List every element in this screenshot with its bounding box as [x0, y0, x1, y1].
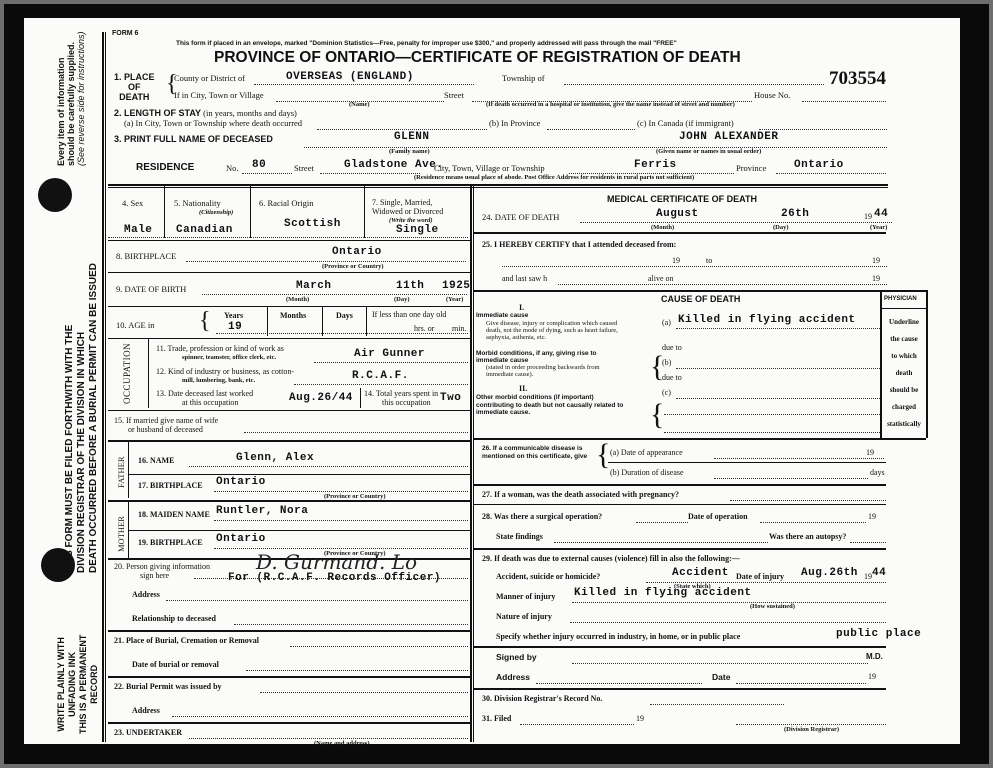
hrs-label: hrs. or [414, 324, 434, 333]
residence-city-value: Ferris [634, 159, 677, 171]
label-text: 2. LENGTH OF STAY [114, 108, 201, 118]
accident-type-label: Accident, suicide or homicide? [496, 572, 600, 581]
years-label: Years [224, 311, 243, 320]
nationality-value: Canadian [176, 224, 233, 236]
caption: (How sustained) [750, 603, 795, 610]
due-to-label: due to [662, 343, 682, 352]
to-label: to [706, 256, 712, 265]
q26-label: 26. If a communicable disease is mention… [482, 445, 600, 461]
margin-text: DIVISION REGISTRAR OF THE DIVISION IN WH… [76, 263, 88, 573]
q19-label: 19. BIRTHPLACE [138, 538, 203, 547]
informant-for-value: For (R.C.A.F. Records Officer) [228, 572, 441, 584]
signed-by-label: Signed by [496, 652, 537, 662]
section-ii-label: II. [519, 384, 527, 393]
label-text: charged [882, 399, 926, 416]
caption: (Province or Country) [322, 263, 384, 270]
house-label: House No. [754, 90, 790, 100]
caption: (Year) [870, 224, 887, 231]
county-value: OVERSEAS (ENGLAND) [286, 71, 414, 83]
caption: (Division Registrar) [784, 726, 839, 733]
family-name-value: GLENN [394, 131, 430, 143]
injury-place-value: public place [836, 628, 921, 640]
length-of-stay-label: 2. LENGTH OF STAY (in years, months and … [114, 108, 297, 118]
q11-label: 11. Trade, profession or kind of work as… [156, 344, 284, 362]
divider [108, 187, 888, 188]
column-divider [470, 186, 472, 742]
mailing-note: This form if placed in an envelope, mark… [176, 40, 677, 47]
dob-label: 9. DATE OF BIRTH [116, 284, 186, 294]
q25-label: 25. I HEREBY CERTIFY that I attended dec… [482, 240, 676, 249]
injury-year-value: 44 [872, 567, 886, 579]
immediate-cause-label: Immediate cause [476, 312, 528, 319]
q14-label: 14. Total years spent in this occupation [364, 389, 438, 407]
informant-signature: D. Gurmand. Lo [256, 550, 417, 574]
q14-value: Two [440, 392, 461, 404]
age-label: 10. AGE in [116, 320, 155, 330]
physician-note: Underline the cause to which death shoul… [882, 314, 926, 433]
mother-maiden-name-value: Runtler, Nora [216, 505, 308, 517]
form-number: FORM 6 [112, 30, 138, 37]
mother-birthplace-value: Ontario [216, 533, 266, 545]
injury-date-value: Aug.26th [801, 567, 858, 579]
q29-label: 29. If death was due to external causes … [482, 554, 740, 563]
immediate-cause-desc: Give disease, injury or complication whi… [486, 320, 626, 341]
relationship-label: Relationship to deceased [132, 614, 216, 623]
q12-value: R.C.A.F. [352, 370, 409, 382]
sex-label: 4. Sex [122, 198, 143, 208]
margin-note-middle: THIS FORM MUST BE FILED FORTHWITH WITH T… [64, 263, 100, 573]
caption: (Family name) [389, 148, 430, 155]
nationality-label: 5. Nationality [174, 198, 221, 208]
date-of-appearance-label: (a) Date of appearance [610, 448, 683, 457]
death-month-value: August [656, 208, 699, 220]
state-findings-label: State findings [496, 532, 543, 541]
caption: (Name) [349, 101, 370, 108]
q13-value: Aug.26/44 [289, 392, 353, 404]
cause-b-label: (b) [662, 358, 671, 367]
margin-text: THIS IS A PERMANENT [78, 635, 89, 734]
q30-label: 30. Division Registrar's Record No. [482, 694, 602, 703]
injury-place-label: Specify whether injury occurred in indus… [496, 632, 740, 641]
informant-address-label: Address [132, 590, 160, 599]
cause-c-label: (c) [662, 388, 671, 397]
q23-label: 23. UNDERTAKER [114, 728, 182, 737]
cause-of-death-header: CAUSE OF DEATH [661, 294, 740, 304]
label-text: mill, lumbering, bank, etc. [156, 376, 294, 385]
certificate-title: PROVINCE OF ONTARIO—CERTIFICATE OF REGIS… [214, 49, 741, 67]
death-year-value: 44 [874, 208, 888, 220]
margin-text: RECORD [89, 635, 100, 734]
birthplace-value: Ontario [332, 246, 382, 258]
operation-date-label: Date of operation [688, 512, 748, 521]
brace: { [650, 400, 664, 430]
label-text: Underline [882, 314, 926, 331]
caption: (Month) [651, 224, 674, 231]
last-saw-label: and last saw h [502, 274, 547, 283]
column-divider [473, 186, 474, 742]
morbid-conditions-desc: (stated in order proceeding backwards fr… [486, 364, 626, 378]
margin-rule [102, 32, 104, 742]
residence-street-label: Street [294, 163, 314, 173]
residence-label: RESIDENCE [136, 162, 194, 173]
margin-text: Every item of information [56, 31, 66, 166]
city-label: If in City, Town or Village [174, 90, 264, 100]
residence-street-value: Gladstone Ave. [344, 159, 443, 171]
caption: (Citizenship) [199, 209, 233, 216]
medical-certificate-header: MEDICAL CERTIFICATE OF DEATH [607, 194, 757, 204]
morbid-conditions-label: Morbid conditions, if any, giving rise t… [476, 350, 626, 364]
days-label: Days [336, 311, 353, 320]
label-text: 11. Trade, profession or kind of work as [156, 344, 284, 353]
autopsy-label: Was there an autopsy? [769, 532, 846, 541]
dob-month-value: March [296, 280, 332, 292]
caption: (Day) [773, 224, 789, 231]
caption: (Write the word) [389, 217, 433, 224]
other-conditions-label: Other morbid conditions (if important) c… [476, 394, 626, 417]
certificate-document: Every item of information should be care… [24, 18, 960, 744]
q12-label: 12. Kind of industry or business, as cot… [156, 367, 294, 385]
street-label: Street [444, 90, 464, 100]
place-of-death-label: 1. PLACE OF DEATH [114, 72, 155, 102]
caption: (Day) [394, 296, 410, 303]
label-text: spinner, teamster, office clerk, etc. [156, 353, 284, 362]
q21-label: 21. Place of Burial, Cremation or Remova… [114, 636, 259, 645]
margin-text: (See reverse side for instructions) [76, 31, 86, 166]
margin-text: UNFADING INK [67, 635, 78, 734]
racial-origin-label: 6. Racial Origin [259, 198, 314, 208]
residence-no-label: No. [226, 163, 239, 173]
death-day-value: 26th [781, 208, 809, 220]
margin-text: DEATH OCCURRED BEFORE A BURIAL PERMIT CA… [88, 263, 100, 573]
q16-label: 16. NAME [138, 456, 174, 465]
physician-address-label: Address [496, 672, 530, 682]
label-text: Widowed or Divorced [372, 207, 443, 216]
caption: (Name and address) [314, 740, 370, 747]
label-text: the cause [882, 331, 926, 348]
year-prefix: 19 [872, 256, 880, 265]
accident-type-value: Accident [672, 567, 729, 579]
manner-of-injury-label: Manner of injury [496, 592, 555, 601]
caption: (Year) [446, 296, 463, 303]
q11-value: Air Gunner [354, 348, 425, 360]
stay-city-label: (a) In City, Town or Township where deat… [124, 118, 302, 128]
age-years-value: 19 [228, 321, 242, 333]
margin-text: WRITE PLAINLY WITH [56, 635, 67, 734]
permit-address-label: Address [132, 706, 160, 715]
margin-note-top: Every item of information should be care… [56, 31, 86, 166]
min-label: min. [452, 324, 466, 333]
label-text: death [882, 365, 926, 382]
cause-a-value: Killed in flying accident [678, 314, 856, 326]
year-prefix: 19 [868, 672, 876, 681]
cause-a-label: (a) [662, 318, 671, 327]
stay-province-label: (b) In Province [489, 118, 540, 128]
label-text: this occupation [364, 398, 438, 407]
due-to-label: due to [662, 373, 682, 382]
margin-text: THIS FORM MUST BE FILED FORTHWITH WITH T… [64, 263, 76, 573]
less-than-day-label: If less than one day old [372, 310, 446, 319]
label-text: 20. Person giving information [114, 562, 210, 571]
md-label: M.D. [866, 652, 883, 661]
physician-header: PHYSICIAN [884, 296, 917, 302]
q31-label: 31. Filed [482, 714, 511, 723]
racial-origin-value: Scottish [284, 218, 341, 230]
q18-label: 18. MAIDEN NAME [138, 510, 210, 519]
q17-label: 17. BIRTHPLACE [138, 481, 203, 490]
label-note: (in years, months and days) [203, 108, 297, 118]
duration-of-disease-label: (b) Duration of disease [610, 468, 684, 477]
months-label: Months [280, 311, 306, 320]
caption: (If death occurred in a hospital or inst… [486, 101, 735, 108]
label-text: OF [114, 82, 155, 92]
margin-note-bottom: WRITE PLAINLY WITH UNFADING INK THIS IS … [56, 635, 100, 734]
label-text: 1. PLACE [114, 72, 155, 82]
year-prefix: 19 [672, 256, 680, 265]
label-text: DEATH [114, 92, 155, 102]
brace: { [596, 440, 610, 470]
sex-value: Male [124, 224, 152, 236]
year-prefix: 19 [866, 448, 874, 457]
q13-label: 13. Date deceased last worked at this oc… [156, 389, 253, 407]
deceased-name-label: 3. PRINT FULL NAME OF DECEASED [114, 134, 273, 144]
label-text: statistically [882, 416, 926, 433]
marital-label: 7. Single, Married, Widowed or Divorced [372, 198, 443, 216]
marital-value: Single [396, 224, 439, 236]
dob-year-value: 1925 [442, 280, 470, 292]
divider [108, 184, 888, 186]
burial-date-label: Date of burial or removal [132, 660, 219, 669]
caption: (Month) [286, 296, 309, 303]
residence-province-value: Ontario [794, 159, 844, 171]
mother-section-label: MOTHER [116, 516, 126, 552]
township-label: Township of [502, 73, 545, 83]
q22-label: 22. Burial Permit was issued by [114, 682, 222, 691]
caption: (Given name or names in usual order) [656, 148, 761, 155]
caption: (Residence means usual place of abode. P… [414, 174, 694, 181]
given-names-value: JOHN ALEXANDER [679, 131, 778, 143]
brace: { [199, 308, 211, 335]
birthplace-label: 8. BIRTHPLACE [116, 251, 176, 261]
label-text: to which [882, 348, 926, 365]
father-birthplace-value: Ontario [216, 476, 266, 488]
dob-day-value: 11th [396, 280, 424, 292]
nature-of-injury-label: Nature of injury [496, 612, 552, 621]
occupation-section-label: OCCUPATION [122, 343, 132, 404]
manner-of-injury-value: Killed in flying accident [574, 587, 752, 599]
year-prefix: 19 [864, 572, 872, 581]
q15-label: 15. If married give name of wife or husb… [114, 416, 218, 434]
alive-on-label: alive on [648, 274, 674, 283]
margin-text: should be carefully supplied. [66, 31, 76, 166]
label-text: 13. Date deceased last worked [156, 389, 253, 398]
days-label: days [870, 468, 885, 477]
father-name-value: Glenn, Alex [236, 452, 314, 464]
label-text: 15. If married give name of wife [114, 416, 218, 425]
year-prefix: 19 [636, 714, 644, 723]
q24-label: 24. DATE OF DEATH [482, 212, 559, 222]
label-text: should be [882, 382, 926, 399]
physician-date-label: Date [712, 672, 730, 682]
stay-canada-label: (c) In Canada (if immigrant) [637, 118, 734, 128]
label-text: 12. Kind of industry or business, as cot… [156, 367, 294, 376]
registration-number: 703554 [829, 68, 886, 90]
label-text: at this occupation [156, 398, 253, 407]
label-text: or husband of deceased [114, 425, 218, 434]
section-i-label: I. [519, 303, 524, 312]
label-text: 30. Division Registrar's Record No. [482, 694, 602, 703]
label-text: 14. Total years spent in [364, 389, 438, 398]
punch-hole-top [38, 178, 72, 212]
label-text: 7. Single, Married, [372, 198, 443, 207]
residence-no-value: 80 [252, 159, 266, 171]
county-label: County or District of [174, 73, 245, 83]
caption: (Province or Country) [324, 493, 386, 500]
q28-label: 28. Was there a surgical operation? [482, 512, 602, 521]
year-prefix: 19 [872, 274, 880, 283]
residence-province-label: Province [736, 163, 766, 173]
q27-label: 27. If a woman, was the death associated… [482, 490, 679, 499]
father-section-label: FATHER [116, 457, 126, 489]
year-prefix: 19 [864, 212, 872, 221]
residence-city-label: City, Town, Village or Township [434, 163, 545, 173]
injury-date-label: Date of injury [736, 572, 784, 581]
margin-rule [105, 32, 106, 742]
year-prefix: 19 [868, 512, 876, 521]
